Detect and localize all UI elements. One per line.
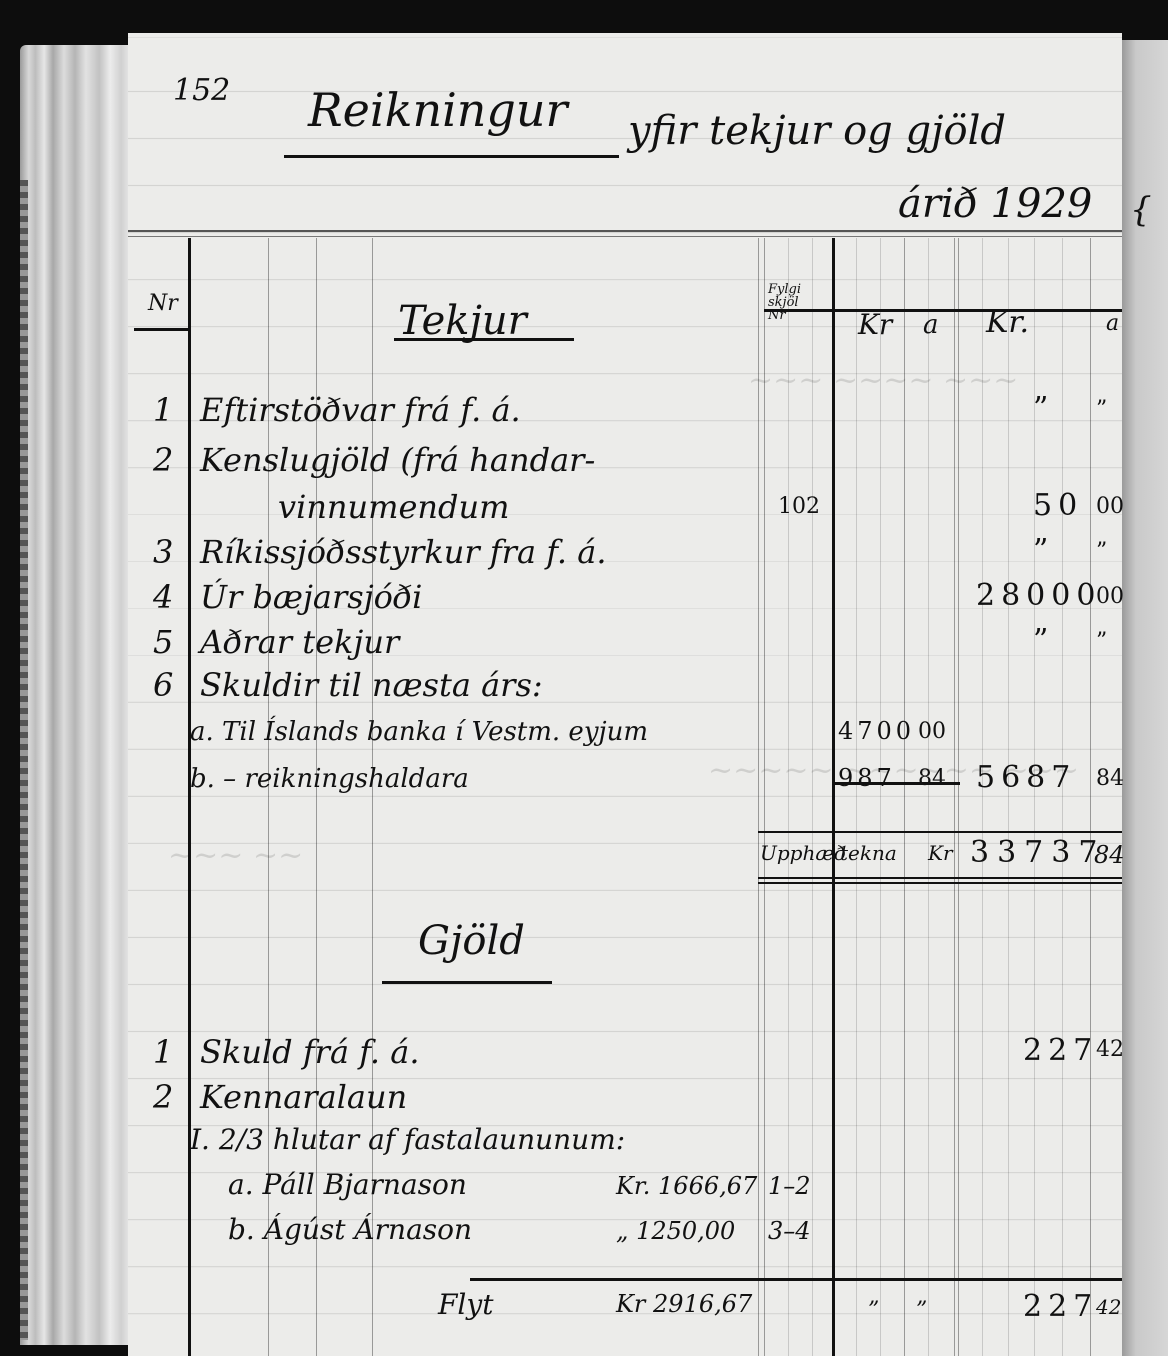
amount-kr: 227 <box>1023 1033 1098 1068</box>
page-year: árið 1929 <box>898 181 1092 227</box>
nr-underline <box>134 328 188 331</box>
next-page-edge: { <box>1122 40 1168 1356</box>
amount-aurar: ” <box>1096 539 1107 564</box>
sub-amount-aurar: 00 <box>918 719 946 744</box>
total-aurar: 84 <box>1094 841 1125 869</box>
grid-line <box>856 238 857 1356</box>
column-header-nr: Nr <box>148 291 178 316</box>
row-description: Skuld frá f. á. <box>200 1033 420 1071</box>
row-description: Skuldir til næsta árs: <box>200 666 543 704</box>
total-rule-top <box>758 831 1122 833</box>
row-number: 3 <box>153 533 173 571</box>
sub-amount-kr: 987 <box>838 764 896 792</box>
amount-kr: 5687 <box>976 760 1076 795</box>
row-description: Eftirstöðvar frá f. á. <box>200 391 521 429</box>
total-rule-bottom <box>758 882 1122 884</box>
column-divider <box>958 238 959 1356</box>
total-label: Kr <box>928 841 953 865</box>
ledger-page: ~~~ ~~~~ ~~~ ~~~~~ ~~~~~~ ~~~ ~~~ ~~ 152… <box>128 33 1122 1356</box>
section-title-expenses: Gjöld <box>418 918 525 964</box>
salary-item-name: a. Páll Bjarnason <box>228 1168 467 1201</box>
row-number: 1 <box>153 391 173 429</box>
total-kr: 33737 <box>970 835 1105 870</box>
column-divider <box>832 238 835 1356</box>
row-description: Kenslugjöld (frá handar- <box>200 441 595 479</box>
salary-item-amount: „ 1250,00 <box>616 1217 735 1245</box>
carry-amount: Kr 2916,67 <box>616 1290 752 1318</box>
salary-subsection-heading: I. 2/3 hlutar af fastalaununum: <box>190 1123 625 1156</box>
row-number: 1 <box>153 1033 173 1071</box>
total-rule-bottom <box>758 877 1122 879</box>
grid-line <box>982 238 983 1356</box>
amount-kr: ” <box>1033 533 1054 568</box>
amount-kr: ” <box>1033 623 1054 658</box>
grid-line <box>928 238 929 1356</box>
row-number: 6 <box>153 666 173 704</box>
header-rule <box>128 236 1122 237</box>
column-header-aurar-sub: a <box>923 310 939 340</box>
voucher-number: 3–4 <box>768 1217 811 1245</box>
amount-aurar: 84 <box>1096 766 1124 791</box>
book-cover-pattern <box>20 180 28 1340</box>
amount-kr: ” <box>1033 391 1054 426</box>
column-divider <box>758 238 759 1356</box>
row-number: 2 <box>153 1078 173 1116</box>
column-header-aurar: a <box>1106 311 1119 336</box>
grid-line <box>1062 238 1063 1356</box>
header-underline <box>764 309 1122 312</box>
ditto-mark: ” <box>916 1298 927 1323</box>
total-label: tekna <box>840 841 897 865</box>
ditto-mark: ” <box>868 1298 879 1323</box>
expenses-title-underline <box>382 981 552 984</box>
row-number: 5 <box>153 623 173 661</box>
column-header-voucher: Fylgi skjöl Nr <box>768 283 801 322</box>
row-number: 4 <box>153 578 173 616</box>
amount-aurar: 00 <box>1096 494 1124 519</box>
salary-item-amount: Kr. 1666,67 <box>616 1172 757 1200</box>
row-description: b. – reikningshaldara <box>190 764 469 794</box>
row-description: vinnumendum <box>278 488 509 526</box>
salary-item-name: b. Ágúst Árnason <box>228 1213 472 1246</box>
row-description: Úr bæjarsjóði <box>200 578 422 616</box>
grid-line <box>812 238 813 1356</box>
header-rule <box>128 230 1122 232</box>
subtotal-underline <box>832 782 960 785</box>
carry-label: Flyt <box>438 1288 493 1321</box>
column-header-kr-sub: Kr <box>858 308 892 341</box>
amount-aurar: 42 <box>1096 1037 1124 1062</box>
income-title-underline <box>394 338 574 341</box>
amount-kr: 28000 <box>976 578 1101 613</box>
row-description: a. Til Íslands banka í Vestm. eyjum <box>190 717 648 747</box>
column-divider <box>764 238 765 1356</box>
sub-amount-kr: 4700 <box>838 717 915 745</box>
page-number: 152 <box>173 73 230 108</box>
book-page-edges <box>20 45 130 1345</box>
column-divider <box>904 238 905 1356</box>
amount-aurar: ” <box>1096 397 1107 422</box>
row-description: Aðrar tekjur <box>200 623 399 661</box>
carry-rule <box>470 1278 1122 1281</box>
row-number: 2 <box>153 441 173 479</box>
amount-aurar: 00 <box>1096 584 1124 609</box>
next-page-bracket: { <box>1130 190 1152 230</box>
page-title: Reikningur <box>308 83 567 137</box>
grid-line <box>880 238 881 1356</box>
column-divider <box>954 238 955 1356</box>
column-divider <box>188 238 191 1356</box>
row-description: Kennaralaun <box>200 1078 407 1116</box>
sub-amount-aurar: 84 <box>918 766 946 791</box>
amount-kr: 50 <box>1033 488 1083 523</box>
total-label: Upphæð <box>760 841 846 865</box>
row-description: Ríkissjóðsstyrkur fra f. á. <box>200 533 606 571</box>
page-subtitle: yfir tekjur og gjöld <box>628 108 1006 154</box>
title-underline <box>284 155 619 158</box>
column-divider <box>1090 238 1091 1356</box>
carry-aurar: 42 <box>1096 1295 1121 1319</box>
voucher-number: 102 <box>778 494 820 519</box>
carry-kr: 227 <box>1023 1289 1098 1324</box>
grid-line <box>1008 238 1009 1356</box>
voucher-number: 1–2 <box>768 1172 811 1200</box>
amount-aurar: ” <box>1096 629 1107 654</box>
